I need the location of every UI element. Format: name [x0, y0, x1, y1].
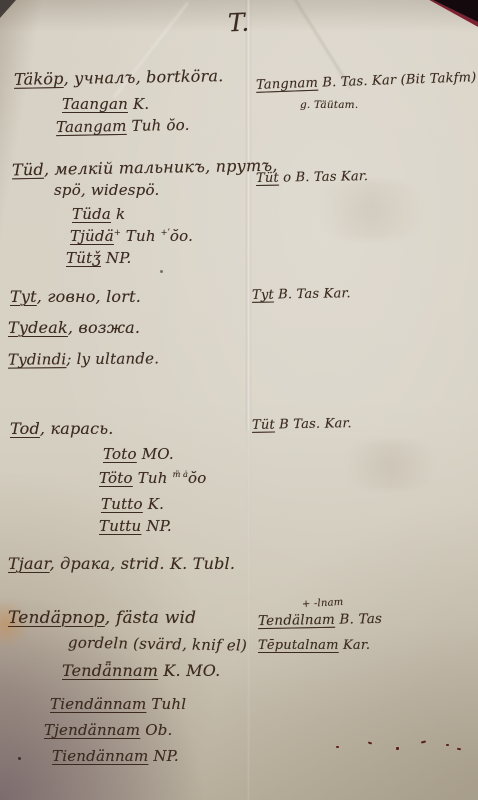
line-text: MO. — [137, 445, 174, 463]
manuscript-page-photo: T. Täköp, учналъ, bortköra. Taangan K. T… — [0, 0, 478, 800]
headword: Tjendännam — [44, 721, 140, 739]
fold-crease-vertical-lower — [247, 430, 250, 800]
headword: Tutto — [101, 495, 143, 513]
entry-line: Tüda k — [72, 205, 125, 223]
entry-line: Tyt, говно, lort. — [10, 287, 141, 306]
headword: Taangam — [56, 117, 127, 136]
entry-line: Tüt B Tas. Kar. — [252, 416, 352, 433]
headword: Tüt — [256, 171, 279, 186]
entry-line: Tjüdä+ Tuh +ʹŏo. — [70, 227, 193, 245]
line-text: ŏo. — [170, 227, 193, 245]
entry-line: Tutto K. — [101, 495, 164, 513]
header-text: T. — [228, 8, 250, 38]
ink-dot — [18, 757, 21, 760]
entry-line: Tuttu NP. — [99, 517, 172, 535]
headword: Toto — [103, 445, 137, 463]
entry-line: Tiendännam NP. — [52, 747, 179, 765]
entry-line: Tendäpnop, fästa wid — [8, 608, 196, 628]
headword: Tüda — [72, 205, 111, 223]
line-text: Tuh — [133, 469, 173, 487]
fold-crease-vertical — [246, 0, 251, 430]
headword: Tendǟnnam — [62, 661, 158, 680]
headword: Tydindi — [8, 350, 66, 369]
line-text: spö, widespö. — [54, 181, 159, 199]
entry-line: Tendälnam B. Tas — [258, 611, 382, 629]
headword: Tyt — [10, 287, 37, 306]
headword: Tuttu — [99, 517, 141, 535]
headword: Tangnam — [256, 76, 318, 93]
entry-line: Tēputalnam Kar. — [258, 638, 370, 653]
headword: Tüt — [252, 417, 275, 432]
line-text: Tuh ŏo. — [126, 116, 189, 135]
line-text: , мелкій тальникъ, прутъ, — [44, 156, 278, 179]
line-text: Tuh — [121, 227, 161, 245]
superscript-annotation: + — [114, 227, 121, 237]
ink-speck — [421, 740, 426, 743]
line-text: gordeln (svärd, knif el) — [68, 633, 247, 654]
entry-line: Täköp, учналъ, bortköra. — [14, 66, 224, 89]
headword: Töto — [99, 469, 133, 487]
ink-speck — [446, 744, 449, 746]
headword: Tydeak — [8, 318, 68, 337]
entry-line: Tydindi; ly ultande. — [8, 349, 159, 368]
headword: Tendäpnop — [8, 608, 105, 628]
headword: Tēputalnam — [258, 638, 339, 653]
line-text: B. Tas — [335, 611, 382, 628]
entry-subline: g. Täütam. — [300, 99, 358, 111]
superscript-annotation: m̈ ȧ — [173, 469, 188, 479]
ink-speck — [336, 746, 339, 748]
entry-line: Tjendännam Ob. — [44, 721, 172, 739]
entry-line: spö, widespö. — [54, 181, 159, 199]
entry-line: Tangnam B. Tas. Kar (Bit Takfm) — [256, 70, 477, 93]
entry-line: Taangam Tuh ŏo. — [56, 116, 190, 136]
entry-line: Tütǯ NP. — [66, 249, 131, 267]
line-text: o B. Tas Kar. — [279, 169, 369, 186]
ink-speck — [396, 747, 399, 750]
line-text: , учналъ, bortköra. — [63, 66, 223, 88]
headword: Tjaar — [8, 554, 50, 573]
headword: Taangan — [62, 95, 128, 113]
headword: Tiendännam — [50, 695, 146, 713]
line-text: K. MO. — [158, 661, 220, 680]
ink-dot — [160, 270, 163, 273]
entry-line: gordeln (svärd, knif el) — [68, 633, 247, 654]
line-text: k — [111, 205, 125, 223]
ink-speck — [457, 748, 461, 751]
headword: Tendälnam — [258, 612, 335, 629]
line-text: NP. — [148, 747, 179, 765]
line-text: , говно, lort. — [37, 287, 141, 306]
headword: Tiendännam — [52, 747, 148, 765]
ink-bleedthrough-smudge — [300, 180, 440, 240]
line-text: , карась. — [40, 419, 114, 438]
entry-line: Tydeak, возжа. — [8, 318, 140, 337]
line-text: K. — [128, 95, 149, 113]
headword: Tod — [10, 419, 40, 438]
dark-corner-top-left — [0, 0, 16, 18]
headword: Tjüdä — [70, 227, 114, 245]
entry-line: Tendǟnnam K. MO. — [62, 661, 220, 680]
entry-line: Tiendännam Tuhl — [50, 695, 186, 713]
entry-line: Tod, карась. — [10, 419, 114, 438]
entry-line: Toto MO. — [103, 445, 174, 463]
page-header-letter: T. — [228, 8, 250, 38]
superscript-annotation: + -lnam — [302, 597, 344, 610]
line-text: , возжа. — [68, 318, 140, 337]
entry-line: Tüd, мелкій тальникъ, прутъ, — [12, 156, 278, 180]
line-text: Kar. — [339, 638, 371, 653]
line-text: , драка, strid. K. Tubl. — [50, 554, 236, 573]
superscript-annotation: +ʹ — [161, 227, 170, 237]
entry-line: Tjaar, драка, strid. K. Tubl. — [8, 554, 235, 573]
line-text: K. — [143, 495, 164, 513]
line-text: Ob. — [140, 721, 172, 739]
line-text: B. Tas Kar. — [274, 286, 351, 302]
line-text: NP. — [141, 517, 172, 535]
superscript-annotation-line: + -lnam — [302, 597, 344, 610]
ink-speck — [368, 741, 372, 744]
line-text: ; ly ultande. — [66, 349, 159, 368]
entry-line: Tyt B. Tas Kar. — [252, 286, 351, 303]
ink-bleedthrough-smudge — [330, 440, 450, 490]
line-text: g. Täütam. — [300, 99, 358, 111]
headword: Täköp — [14, 69, 64, 89]
line-text: B Tas. Kar. — [275, 416, 352, 432]
line-text: Tuhl — [146, 695, 186, 713]
line-text: , fästa wid — [105, 608, 196, 628]
headword: Tyt — [252, 287, 274, 302]
entry-line: Tüt o B. Tas Kar. — [256, 169, 368, 186]
line-text: NP. — [101, 249, 132, 267]
entry-line: Taangan K. — [62, 95, 149, 113]
headword: Tüd — [12, 160, 44, 180]
entry-line: Töto Tuh m̈ ȧŏo — [99, 469, 206, 487]
line-text: ŏo — [188, 469, 206, 487]
headword: Tütǯ — [66, 249, 101, 267]
